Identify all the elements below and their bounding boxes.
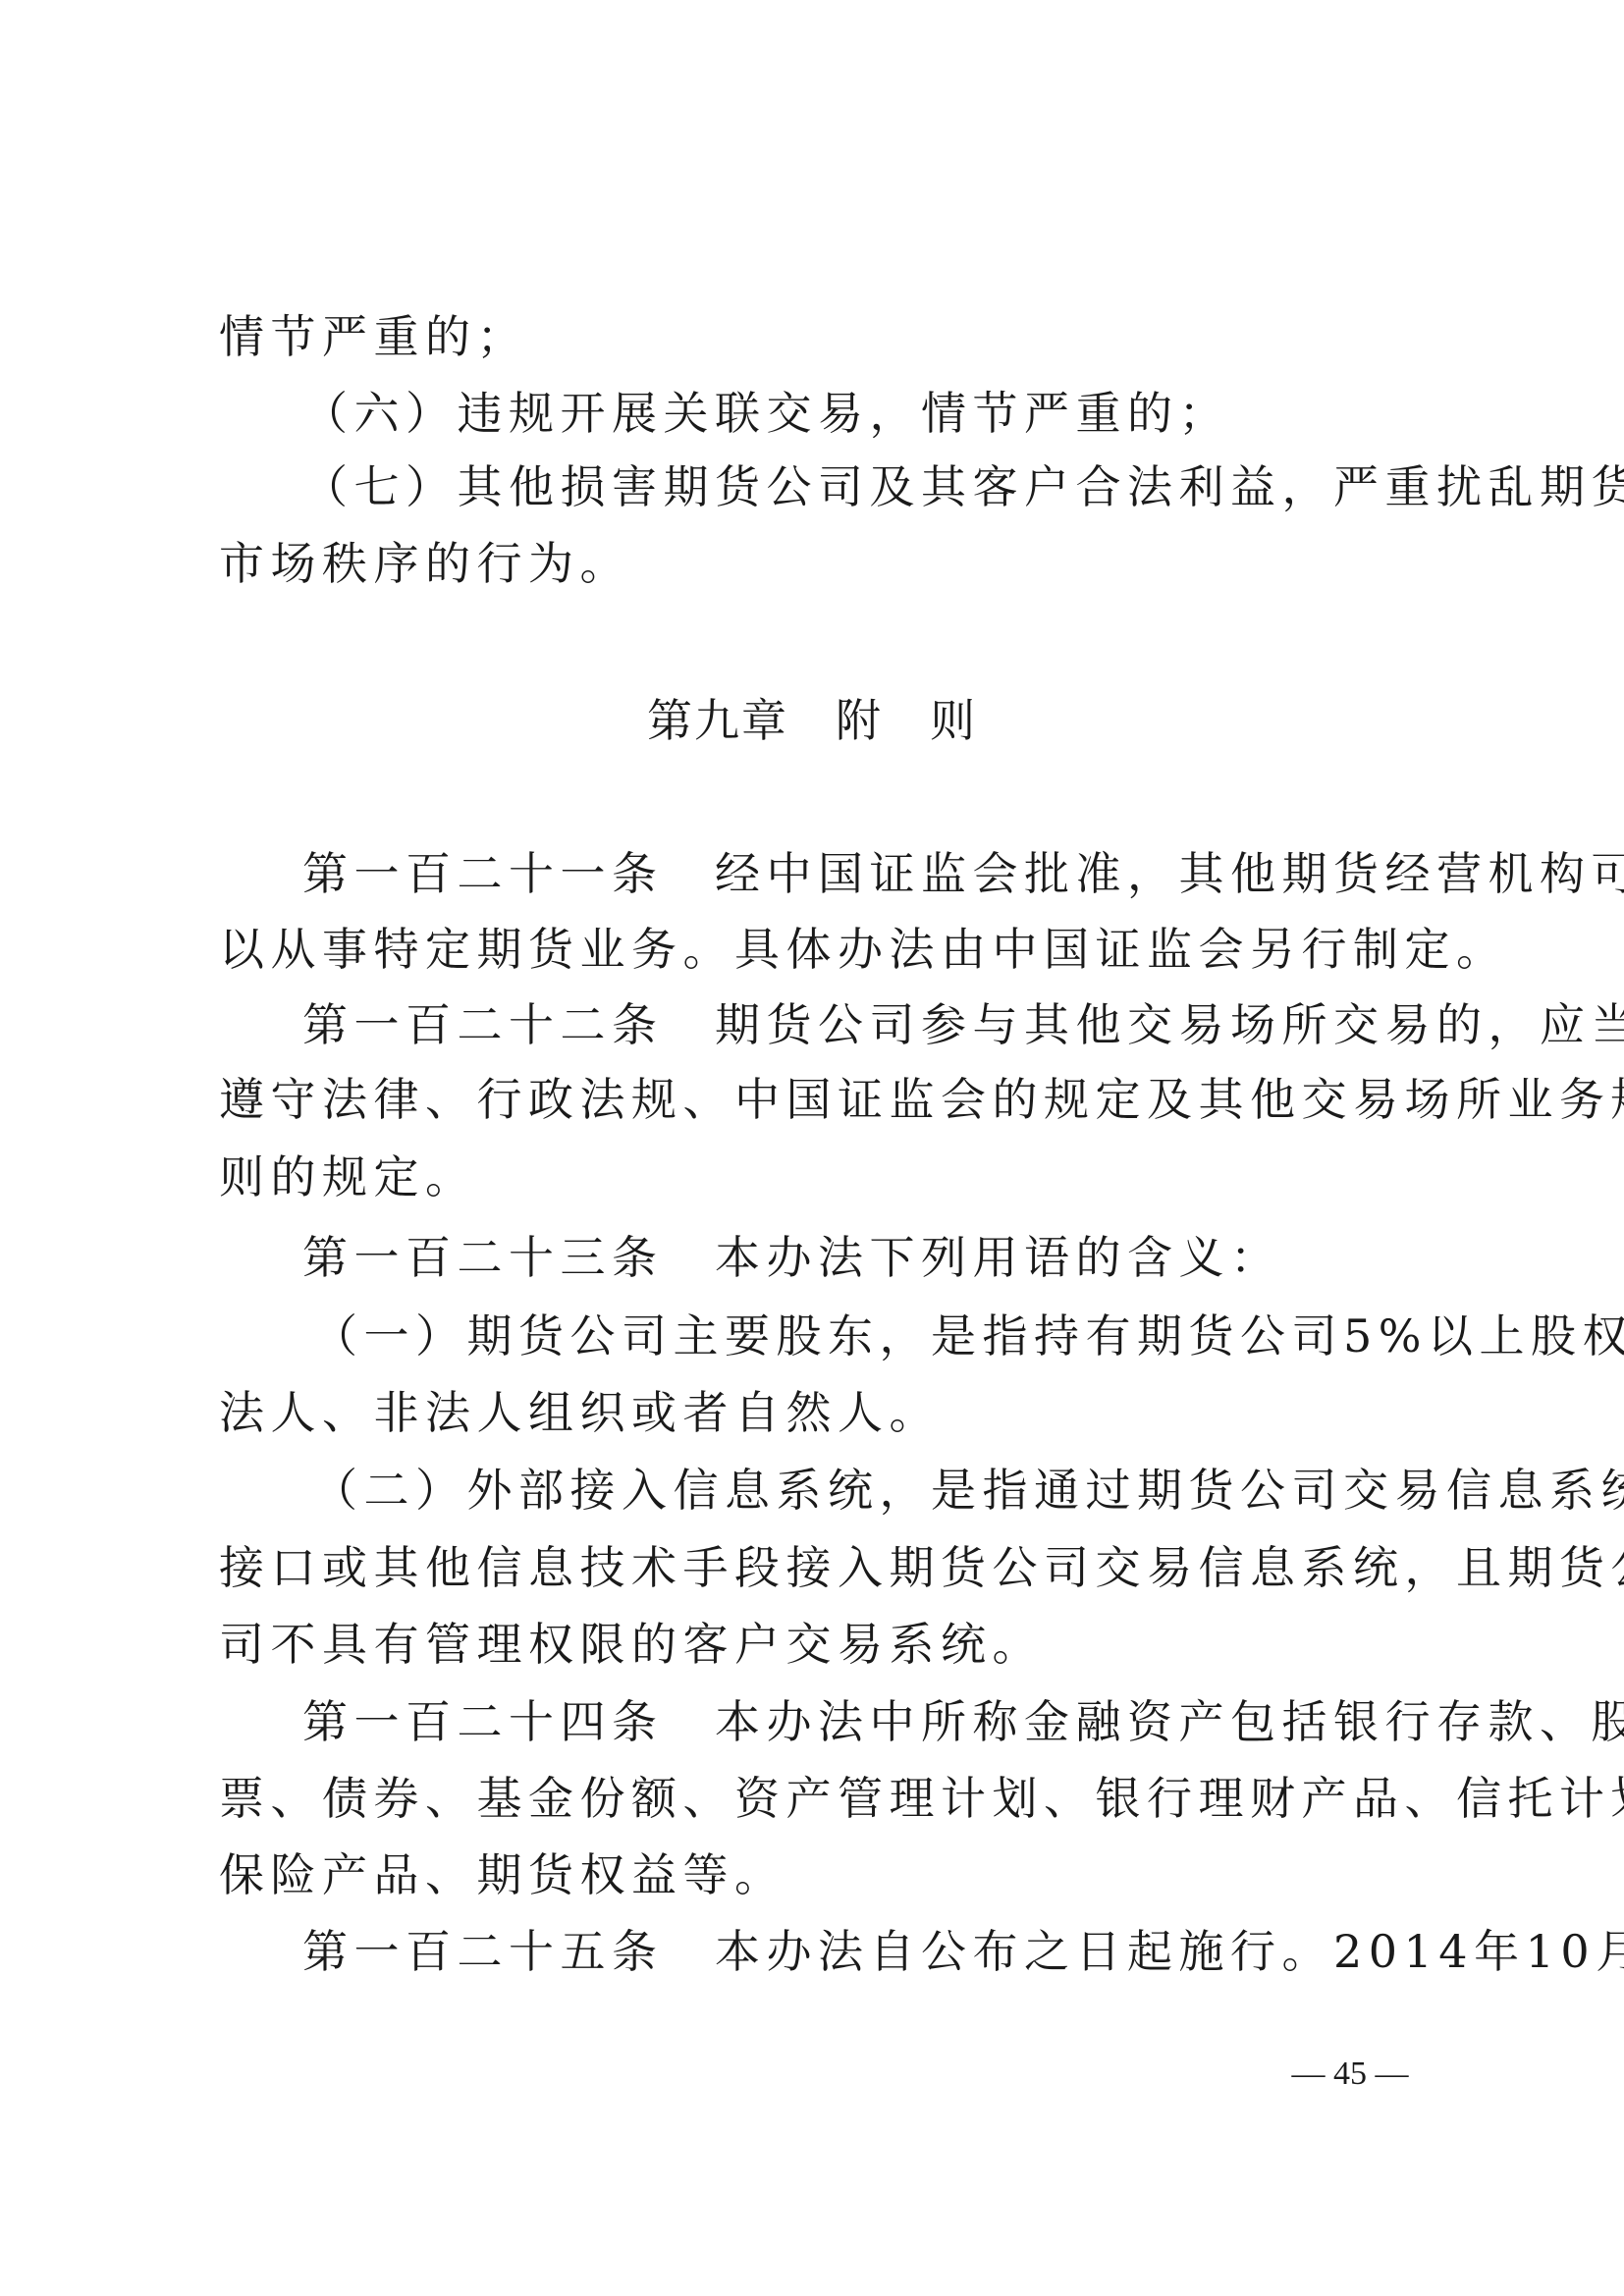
- definition-1-line-1: （一）期货公司主要股东，是指持有期货公司5%以上股权的: [312, 1307, 1624, 1365]
- article-125-line-1: 第一百二十五条 本办法自公布之日起施行。2014年10月: [302, 1922, 1624, 1981]
- article-121-line-1: 第一百二十一条 经中国证监会批准，其他期货经营机构可: [302, 844, 1624, 903]
- text-line-item-6: （六）违规开展关联交易，情节严重的；: [302, 384, 1230, 443]
- article-124-line-2: 票、债券、基金份额、资产管理计划、银行理财产品、信托计划、: [219, 1769, 1624, 1828]
- article-122-line-1: 第一百二十二条 期货公司参与其他交易场所交易的，应当: [302, 995, 1624, 1054]
- definition-2-line-2: 接口或其他信息技术手段接入期货公司交易信息系统，且期货公: [219, 1538, 1624, 1597]
- article-122-line-3: 则的规定。: [219, 1148, 477, 1206]
- definition-2-line-1: （二）外部接入信息系统，是指通过期货公司交易信息系统: [312, 1461, 1624, 1520]
- article-122-line-2: 遵守法律、行政法规、中国证监会的规定及其他交易场所业务规: [219, 1070, 1624, 1129]
- page-number: — 45 —: [1276, 2053, 1424, 2096]
- article-123-line-1: 第一百二十三条 本办法下列用语的含义：: [302, 1228, 1282, 1287]
- definition-1-line-2: 法人、非法人组织或者自然人。: [219, 1383, 941, 1442]
- text-line-item-7: （七）其他损害期货公司及其客户合法利益，严重扰乱期货: [302, 457, 1624, 516]
- article-124-line-1: 第一百二十四条 本办法中所称金融资产包括银行存款、股: [302, 1692, 1624, 1751]
- article-121-line-2: 以从事特定期货业务。具体办法由中国证监会另行制定。: [219, 920, 1508, 979]
- text-line: 市场秩序的行为。: [219, 534, 631, 593]
- chapter-heading: 第九章 附 则: [0, 691, 1624, 750]
- text-line: 情节严重的；: [219, 307, 528, 366]
- definition-2-line-3: 司不具有管理权限的客户交易系统。: [219, 1615, 1044, 1674]
- article-124-line-3: 保险产品、期货权益等。: [219, 1845, 786, 1904]
